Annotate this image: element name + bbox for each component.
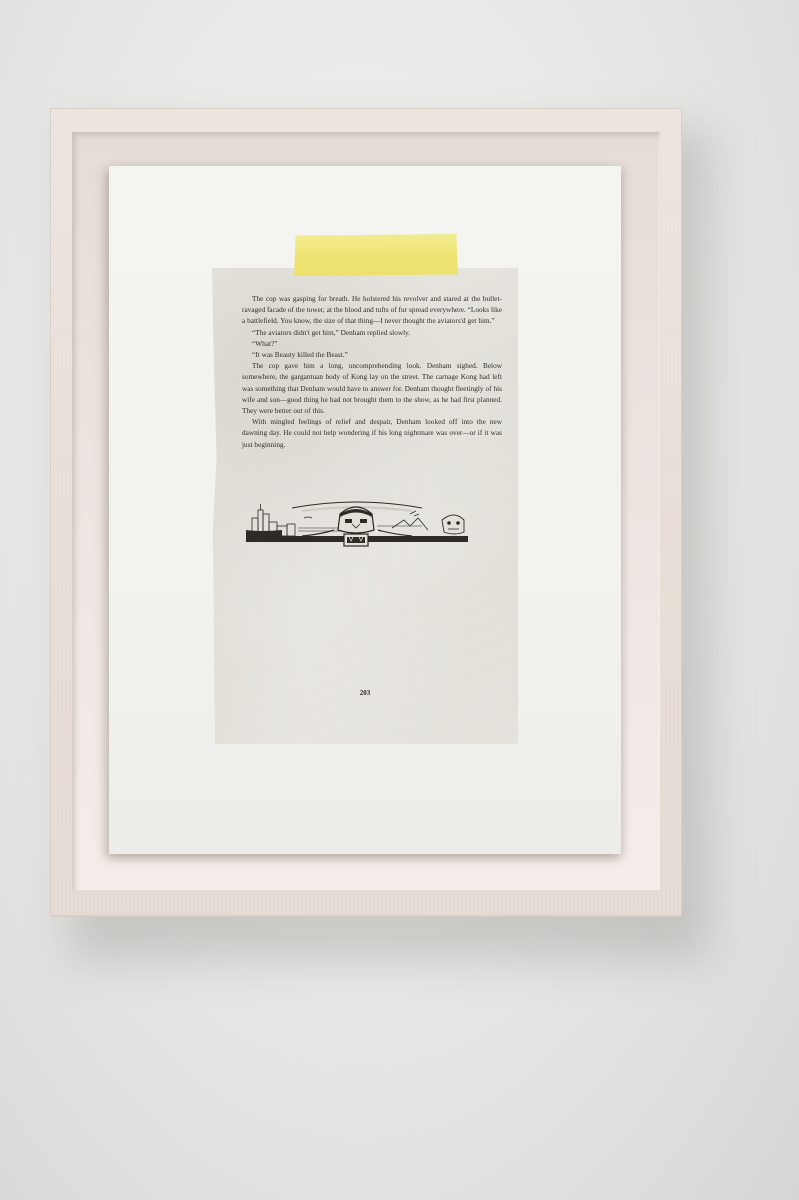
paragraph: “What?” [242,339,502,350]
paragraph: The cop was gasping for breath. He holst… [242,294,502,328]
frame-recess: The cop was gasping for breath. He holst… [72,132,660,890]
masking-tape [294,234,458,276]
paragraph: With mingled feelings of relief and desp… [242,417,502,451]
book-page: The cop was gasping for breath. He holst… [212,268,518,744]
paragraph: “It was Beauty killed the Beast.” [242,350,502,361]
white-mat: The cop was gasping for breath. He holst… [109,166,621,854]
page-text: The cop was gasping for breath. He holst… [242,294,502,451]
paragraph: The cop gave him a long, uncomprehending… [242,361,502,417]
paragraph: “The aviators didn't get him,” Denham re… [242,328,502,339]
kong-vignette-illustration [242,500,470,550]
page-number: 203 [212,689,518,697]
picture-frame: The cop was gasping for breath. He holst… [50,108,682,916]
